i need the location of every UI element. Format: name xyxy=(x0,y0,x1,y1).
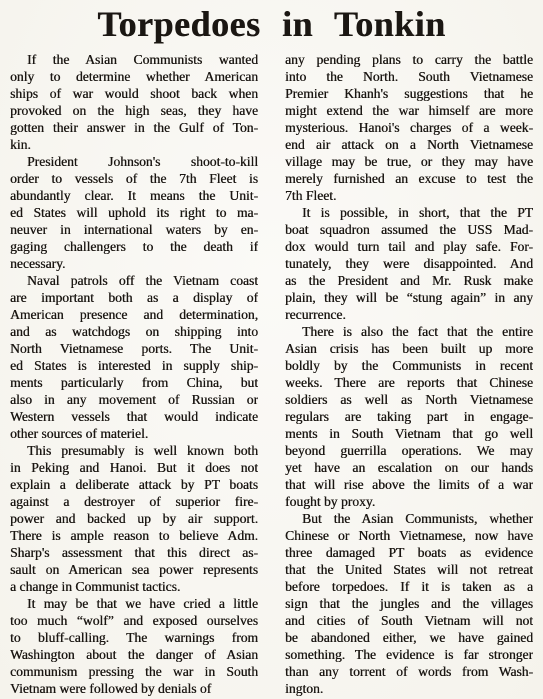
text-line: President Johnson's shoot-to-kill xyxy=(10,153,258,170)
text-line: beyond guerrilla operations. We may xyxy=(285,442,533,459)
paragraph: President Johnson's shoot-to-killorder t… xyxy=(10,153,258,272)
text-line: kin. xyxy=(10,136,258,153)
text-line: If the Asian Communists wanted xyxy=(10,51,258,68)
text-line: 7th Fleet. xyxy=(285,187,533,204)
text-line: are important both as a display of xyxy=(10,289,258,306)
text-line: also in any movement of Russian or xyxy=(10,391,258,408)
text-line: weeks. There are reports that Chinese xyxy=(285,374,533,391)
text-line: It may be that we have cried a little xyxy=(10,595,258,612)
article-column-right: any pending plans to carry the battleint… xyxy=(285,51,533,697)
paragraph: If the Asian Communists wantedonly to de… xyxy=(10,51,258,153)
text-line: before torpedoes. If it is taken as a xyxy=(285,578,533,595)
text-line: that the United States will not retreat xyxy=(285,561,533,578)
text-line: communism pressing the war in South xyxy=(10,663,258,680)
text-line: ed States is interested in supply ship- xyxy=(10,357,258,374)
text-line: any pending plans to carry the battle xyxy=(285,51,533,68)
text-line: Naval patrols off the Vietnam coast xyxy=(10,272,258,289)
text-line: to bluff-calling. The warnings from xyxy=(10,629,258,646)
text-line: and as watchdogs on shipping into xyxy=(10,323,258,340)
paragraph: This presumably is well known bothin Pek… xyxy=(10,442,258,595)
text-line: sign that the jungles and the villages xyxy=(285,595,533,612)
text-line: than any torrent of words from Wash- xyxy=(285,663,533,680)
text-line: explain a deliberate attack by PT boats xyxy=(10,476,258,493)
text-line: This presumably is well known both xyxy=(10,442,258,459)
text-line: three damaged PT boats as evidence xyxy=(285,544,533,561)
paragraph: It is possible, in short, that the PTboa… xyxy=(285,204,533,323)
text-line: a change in Communist tactics. xyxy=(10,578,258,595)
text-line: Chinese or North Vietnamese, now have xyxy=(285,527,533,544)
text-line: It is possible, in short, that the PT xyxy=(285,204,533,221)
text-line: something. The evidence is far stronger xyxy=(285,646,533,663)
text-line: There is also the fact that the entire xyxy=(285,323,533,340)
paragraph: Naval patrols off the Vietnam coastare i… xyxy=(10,272,258,442)
text-line: into the North. South Vietnamese xyxy=(285,68,533,85)
text-line: gaging challengers to the death if xyxy=(10,238,258,255)
text-line: American presence and determination, xyxy=(10,306,258,323)
text-line: as the President and Mr. Rusk make xyxy=(285,272,533,289)
text-line: soldiers as well as North Vietnamese xyxy=(285,391,533,408)
text-line: necessary. xyxy=(10,255,258,272)
article-headline: Torpedoes in Tonkin xyxy=(10,3,533,45)
text-line: Sharp's assessment that this direct as- xyxy=(10,544,258,561)
text-line: plain, they will be “stung again” in any xyxy=(285,289,533,306)
text-line: other sources of materiel. xyxy=(10,425,258,442)
text-line: merely furnished an excuse to test the xyxy=(285,170,533,187)
text-line: only to determine whether American xyxy=(10,68,258,85)
text-line: sault on American sea power represents xyxy=(10,561,258,578)
text-line: boldly by the Communists in recent xyxy=(285,357,533,374)
text-line: tunately, they were disappointed. And xyxy=(285,255,533,272)
text-line: yet have an escalation on our hands xyxy=(285,459,533,476)
article-column-left: If the Asian Communists wantedonly to de… xyxy=(10,51,258,697)
text-line: gotten their answer in the Gulf of Ton- xyxy=(10,119,258,136)
text-line: be abandoned either, we have gained xyxy=(285,629,533,646)
text-line: North Vietnamese ports. The Unit- xyxy=(10,340,258,357)
text-line: too much “wolf” and exposed ourselves xyxy=(10,612,258,629)
text-line: order to vessels of the 7th Fleet is xyxy=(10,170,258,187)
text-line: dox would turn tail and play safe. For- xyxy=(285,238,533,255)
text-line: ington. xyxy=(285,680,533,697)
text-line: power and backed up by air support. xyxy=(10,510,258,527)
text-line: against a destroyer of superior fire- xyxy=(10,493,258,510)
paragraph: But the Asian Communists, whetherChinese… xyxy=(285,510,533,697)
text-line: ships of war would shoot back when xyxy=(10,85,258,102)
text-line: might extend the war himself are more xyxy=(285,102,533,119)
text-line: end air attack on a North Vietnamese xyxy=(285,136,533,153)
text-line: and cities of South Vietnam will not xyxy=(285,612,533,629)
text-line: There is ample reason to believe Adm. xyxy=(10,527,258,544)
text-line: ments in South Vietnam that go well xyxy=(285,425,533,442)
text-line: Western vessels that would indicate xyxy=(10,408,258,425)
text-line: But the Asian Communists, whether xyxy=(285,510,533,527)
text-line: in Peking and Hanoi. But it does not xyxy=(10,459,258,476)
text-line: mysterious. Hanoi's charges of a week- xyxy=(285,119,533,136)
text-line: Asian crisis has been built up more xyxy=(285,340,533,357)
text-line: fought by proxy. xyxy=(285,493,533,510)
text-line: ments particularly from China, but xyxy=(10,374,258,391)
text-line: abundantly clear. It means the Unit- xyxy=(10,187,258,204)
text-line: neuver in international waters by en- xyxy=(10,221,258,238)
text-line: ed States will uphold its right to ma- xyxy=(10,204,258,221)
text-line: village may be true, or they may have xyxy=(285,153,533,170)
text-line: recurrence. xyxy=(285,306,533,323)
text-line: boat squadron assumed the USS Mad- xyxy=(285,221,533,238)
paragraph: any pending plans to carry the battleint… xyxy=(285,51,533,204)
newspaper-clipping: Torpedoes in Tonkin If the Asian Communi… xyxy=(0,0,543,699)
text-line: Washington about the danger of Asian xyxy=(10,646,258,663)
text-line: Vietnam were followed by denials of xyxy=(10,680,258,697)
text-line: Premier Khanh's suggestions that he xyxy=(285,85,533,102)
article-body: If the Asian Communists wantedonly to de… xyxy=(10,51,533,697)
paragraph: There is also the fact that the entireAs… xyxy=(285,323,533,510)
text-line: regulars are taking part in engage- xyxy=(285,408,533,425)
text-line: that will rise above the limits of a war xyxy=(285,476,533,493)
text-line: provoked on the high seas, they have xyxy=(10,102,258,119)
paragraph: It may be that we have cried a littletoo… xyxy=(10,595,258,697)
